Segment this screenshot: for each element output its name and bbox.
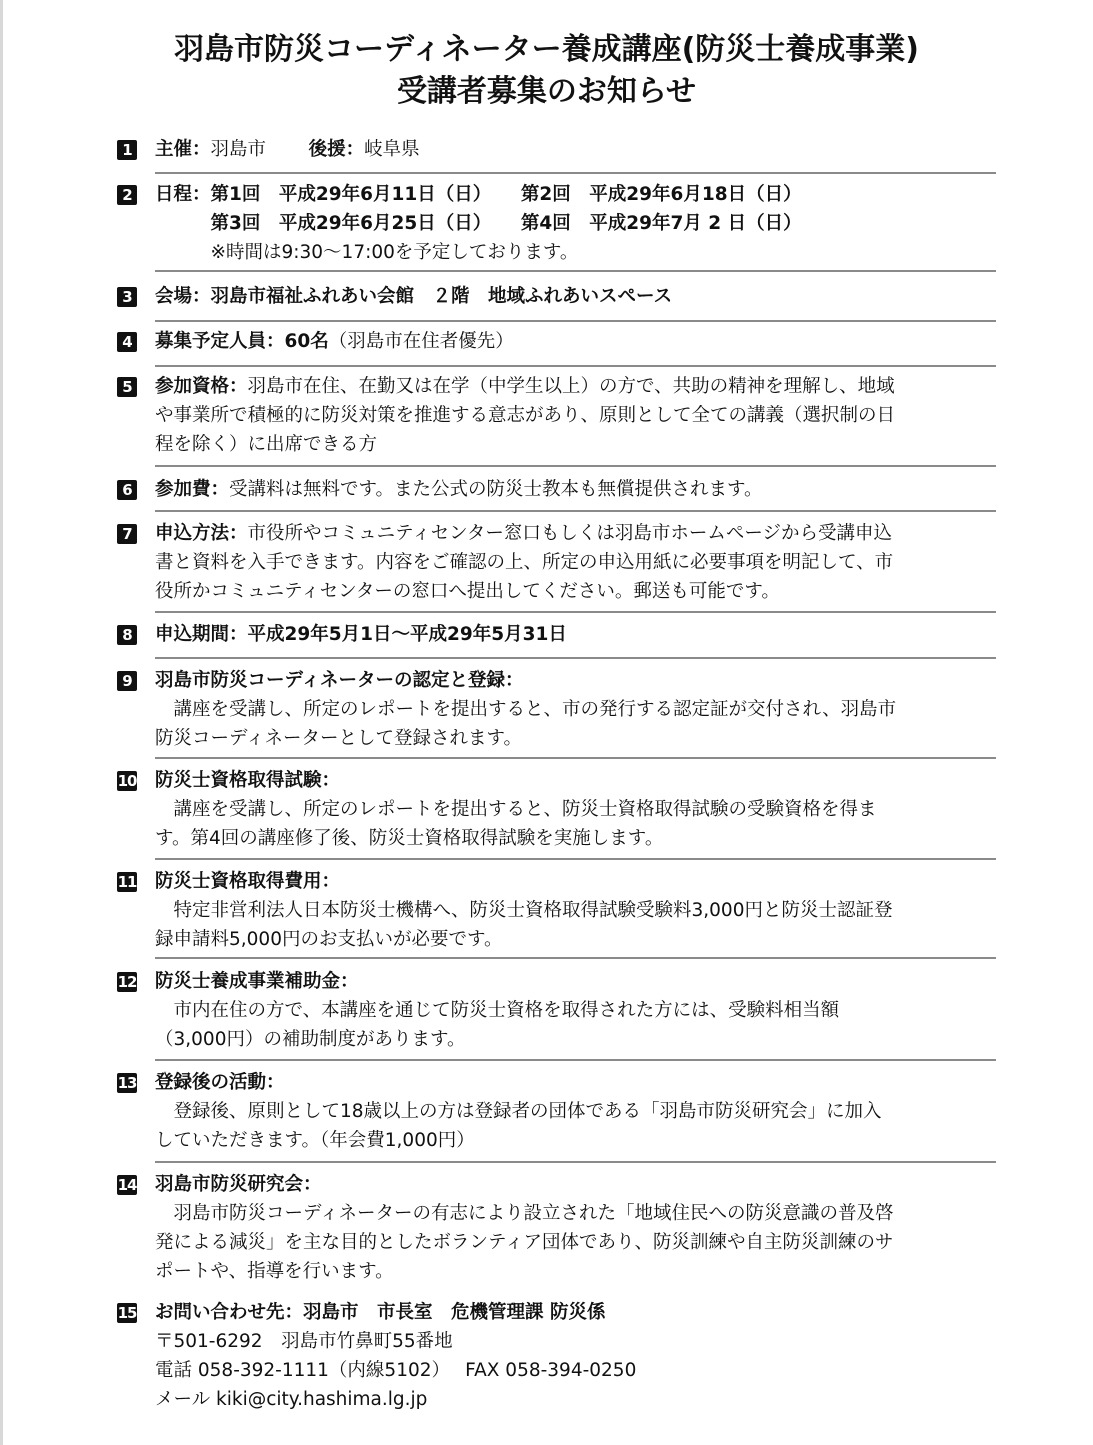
item-label: 参加費：	[155, 479, 229, 500]
contact-email[interactable]: メール kiki@city.hashima.lg.jp	[155, 1385, 997, 1414]
item-text-line: 講座を受講し、所定のレポートを提出すると、防災士資格取得試験の受験資格を得ま	[155, 795, 997, 824]
item-text-line: ポートや、指導を行います。	[155, 1257, 997, 1286]
divider	[155, 611, 996, 613]
item-text-line: 役所かコミュニティセンターの窓口へ提出してください。郵送も可能です。	[155, 577, 997, 606]
item-text-line: や事業所で積極的に防災対策を推進する意志があり、原則として全ての講義（選択制の日	[155, 401, 997, 430]
item-text-secondary: 岐阜県	[364, 139, 420, 160]
item-text: （羽島市在住者優先）	[329, 331, 514, 352]
item-text-line: 講座を受講し、所定のレポートを提出すると、市の発行する認定証が交付され、羽島市	[155, 695, 997, 724]
divider	[155, 172, 996, 174]
item-label: 募集予定人員：	[155, 331, 285, 352]
item-label: 登録後の活動：	[155, 1068, 997, 1097]
item-text-line: 市内在住の方で、本講座を通じて防災士資格を取得された方には、受験料相当額	[155, 996, 997, 1025]
item-label: 参加資格：	[155, 376, 248, 397]
document-subtitle: 受講者募集のお知らせ	[0, 66, 1093, 110]
item-text-line: （3,000円）の補助制度があります。	[155, 1025, 997, 1054]
number-badge-icon: 2	[117, 185, 137, 205]
number-badge-icon: 14	[117, 1175, 137, 1195]
item-label: 申込期間：	[155, 624, 248, 645]
contact-department: 羽島市 市長室 危機管理課 防災係	[303, 1302, 605, 1323]
number-badge-icon: 4	[117, 332, 137, 352]
item-label: 防災士養成事業補助金：	[155, 967, 997, 996]
contact-address: 〒501-6292 羽島市竹鼻町55番地	[155, 1327, 997, 1356]
item-text-line: 録申請料5,000円のお支払いが必要です。	[155, 925, 997, 954]
schedule-round: 第4回	[521, 213, 571, 234]
item-label: 防災士資格取得試験：	[155, 766, 997, 795]
capacity-value: 60名	[285, 331, 329, 352]
schedule-date: 平成29年6月25日（日）	[279, 213, 491, 234]
number-badge-icon: 12	[117, 972, 137, 992]
divider	[155, 757, 996, 759]
item-label: 日程：	[155, 184, 211, 205]
schedule-round: 第1回	[211, 184, 261, 205]
schedule-date: 平成29年6月11日（日）	[279, 184, 491, 205]
item-text-line: す。第4回の講座修了後、防災士資格取得試験を実施します。	[155, 824, 997, 853]
number-badge-icon: 6	[117, 480, 137, 500]
number-badge-icon: 11	[117, 872, 137, 892]
item-text: 受講料は無料です。また公式の防災士教本も無償提供されます。	[229, 479, 763, 500]
item-text: 平成29年5月1日～平成29年5月31日	[248, 624, 567, 645]
divider	[155, 957, 996, 959]
item-text-line: 発による減災」を主な目的としたボランティア団体であり、防災訓練や自主防災訓練のサ	[155, 1228, 997, 1257]
item-text-line: 市役所やコミュニティセンター窓口もしくは羽島市ホームページから受講申込	[248, 523, 893, 544]
number-badge-icon: 13	[117, 1073, 137, 1093]
divider	[155, 465, 996, 467]
item-label: 防災士資格取得費用：	[155, 867, 997, 896]
item-label: 申込方法：	[155, 523, 248, 544]
item-label: 羽島市防災研究会：	[155, 1170, 997, 1199]
divider	[155, 320, 996, 322]
schedule-date: 平成29年7月 2 日（日）	[589, 213, 801, 234]
item-text-line: 書と資料を入手できます。内容をご確認の上、所定の申込用紙に必要事項を明記して、市	[155, 548, 997, 577]
item-text-line: 防災コーディネーターとして登録されます。	[155, 724, 997, 753]
item-text-line: 登録後、原則として18歳以上の方は登録者の団体である「羽島市防災研究会」に加入	[155, 1097, 997, 1126]
schedule-round: 第2回	[521, 184, 571, 205]
divider	[155, 657, 996, 659]
item-text-line: 特定非営利法人日本防災士機構へ、防災士資格取得試験受験料3,000円と防災士認証…	[155, 896, 997, 925]
schedule-round: 第3回	[211, 213, 261, 234]
page-edge	[0, 0, 3, 1445]
item-text-line: 羽島市防災コーディネーターの有志により設立された「地域住民への防災意識の普及啓	[155, 1199, 997, 1228]
number-badge-icon: 3	[117, 287, 137, 307]
item-text: 羽島市	[211, 139, 267, 160]
divider	[155, 858, 996, 860]
number-badge-icon: 5	[117, 377, 137, 397]
item-label: 主催：	[155, 139, 211, 160]
item-label: 会場：	[155, 286, 211, 307]
divider	[155, 270, 996, 272]
item-text-line: していただきます。（年会費1,000円）	[155, 1126, 997, 1155]
divider	[155, 1161, 996, 1163]
divider	[155, 1059, 996, 1061]
contact-phone-fax: 電話 058-392-1111（内線5102） FAX 058-394-0250	[155, 1356, 997, 1385]
schedule-note: ※時間は9:30～17:00を予定しております。	[155, 238, 997, 267]
number-badge-icon: 15	[117, 1303, 137, 1323]
item-text-line: 程を除く）に出席できる方	[155, 430, 997, 459]
number-badge-icon: 8	[117, 625, 137, 645]
number-badge-icon: 10	[117, 771, 137, 791]
item-text-line: 羽島市在住、在勤又は在学（中学生以上）の方で、共助の精神を理解し、地域	[248, 376, 895, 397]
item-label: 羽島市防災コーディネーターの認定と登録：	[155, 666, 997, 695]
divider	[155, 510, 996, 512]
number-badge-icon: 9	[117, 671, 137, 691]
item-text: 羽島市福祉ふれあい会館 ２階 地域ふれあいスペース	[211, 286, 673, 307]
number-badge-icon: 7	[117, 524, 137, 544]
document-title: 羽島市防災コーディネーター養成講座(防災士養成事業)	[0, 24, 1093, 68]
item-label-secondary: 後援：	[309, 139, 365, 160]
divider	[155, 365, 996, 367]
item-label: お問い合わせ先：	[155, 1302, 303, 1323]
number-badge-icon: 1	[117, 140, 137, 160]
schedule-date: 平成29年6月18日（日）	[589, 184, 801, 205]
